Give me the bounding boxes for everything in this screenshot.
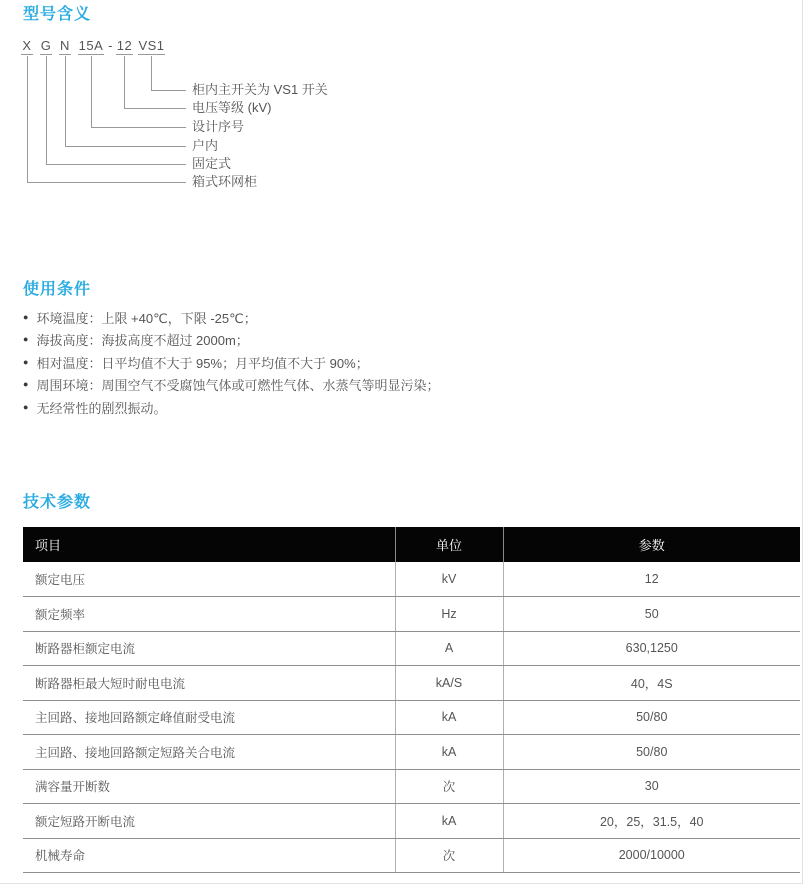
table-header: 项目 单位 参数 xyxy=(23,527,800,562)
table-cell-unit: kV xyxy=(395,562,503,597)
model-code-token: N xyxy=(59,39,71,55)
table-cell-unit: kA xyxy=(395,735,503,770)
model-code-token: X xyxy=(21,39,33,55)
table-cell-item: 主回路、接地回路额定峰值耐受电流 xyxy=(23,700,395,735)
table-cell-unit: A xyxy=(395,631,503,666)
bullet-icon: ● xyxy=(23,313,28,322)
table-cell-value: 40，4S xyxy=(503,666,800,701)
model-code-token: VS1 xyxy=(138,39,165,55)
table-cell-unit: 次 xyxy=(395,769,503,804)
table-header-unit: 单位 xyxy=(395,527,503,562)
table-cell-unit: kA xyxy=(395,804,503,839)
condition-item: ●无经常性的剧烈振动。 xyxy=(23,396,763,419)
table-cell-unit: kA/S xyxy=(395,666,503,701)
diagram-horizontal-line xyxy=(46,164,186,165)
table-row: 断路器柜最大短时耐电电流kA/S40，4S xyxy=(23,666,800,701)
table-header-row: 项目 单位 参数 xyxy=(23,527,800,562)
diagram-label: 固定式 xyxy=(192,155,231,173)
diagram-horizontal-line xyxy=(27,182,186,183)
table-cell-item: 断路器柜额定电流 xyxy=(23,631,395,666)
table-cell-item: 满容量开断数 xyxy=(23,769,395,804)
table-cell-value: 50 xyxy=(503,597,800,632)
diagram-label: 电压等级 (kV) xyxy=(192,99,271,117)
table-cell-item: 额定频率 xyxy=(23,597,395,632)
diagram-label: 户内 xyxy=(192,137,218,155)
table-row: 额定电压kV12 xyxy=(23,562,800,597)
section-title-technical-parameters: 技术参数 xyxy=(23,493,91,513)
condition-text: 相对温度：日平均值不大于 95%；月平均值不大于 90%； xyxy=(36,353,368,372)
table-cell-item: 额定短路开断电流 xyxy=(23,804,395,839)
condition-item: ●周围环境：周围空气不受腐蚀气体或可燃性气体、水蒸气等明显污染； xyxy=(23,374,763,397)
table-cell-value: 50/80 xyxy=(503,735,800,770)
table-cell-unit: 次 xyxy=(395,838,503,873)
diagram-vertical-line xyxy=(151,56,152,90)
diagram-label: 设计序号 xyxy=(192,118,244,136)
diagram-horizontal-line xyxy=(124,108,186,109)
condition-text: 环境温度：上限 +40℃，下限 -25℃； xyxy=(36,308,256,327)
bullet-icon: ● xyxy=(23,403,28,412)
condition-item: ●海拔高度：海拔高度不超过 2000m； xyxy=(23,329,763,352)
diagram-vertical-line xyxy=(65,56,66,146)
diagram-vertical-line xyxy=(124,56,125,108)
section-title-usage-conditions: 使用条件 xyxy=(23,280,91,300)
condition-text: 无经常性的剧烈振动。 xyxy=(36,398,166,417)
technical-parameters-table: 项目 单位 参数 额定电压kV12额定频率Hz50断路器柜额定电流A630,12… xyxy=(23,527,800,873)
table-row: 额定频率Hz50 xyxy=(23,597,800,632)
table-row: 额定短路开断电流kA20，25，31.5，40 xyxy=(23,804,800,839)
diagram-label: 箱式环网柜 xyxy=(192,173,257,191)
table-row: 断路器柜额定电流A630,1250 xyxy=(23,631,800,666)
table-header-value: 参数 xyxy=(503,527,800,562)
table-row: 主回路、接地回路额定峰值耐受电流kA50/80 xyxy=(23,700,800,735)
diagram-vertical-line xyxy=(27,56,28,182)
condition-text: 周围环境：周围空气不受腐蚀气体或可燃性气体、水蒸气等明显污染； xyxy=(36,375,439,394)
model-code-token: G xyxy=(40,39,52,55)
diagram-horizontal-line xyxy=(151,90,186,91)
model-code-diagram: XGN15A-12VS1柜内主开关为 VS1 开关电压等级 (kV)设计序号户内… xyxy=(0,0,802,220)
condition-text: 海拔高度：海拔高度不超过 2000m； xyxy=(36,330,248,349)
table-header-item: 项目 xyxy=(23,527,395,562)
table-cell-value: 50/80 xyxy=(503,700,800,735)
table-cell-item: 主回路、接地回路额定短路关合电流 xyxy=(23,735,395,770)
table-cell-unit: Hz xyxy=(395,597,503,632)
table-row: 主回路、接地回路额定短路关合电流kA50/80 xyxy=(23,735,800,770)
model-code-token: 12 xyxy=(116,39,133,55)
diagram-horizontal-line xyxy=(65,146,186,147)
table-cell-value: 2000/10000 xyxy=(503,838,800,873)
table-cell-item: 额定电压 xyxy=(23,562,395,597)
table-row: 满容量开断数次30 xyxy=(23,769,800,804)
model-code-token: 15A xyxy=(78,39,104,55)
condition-item: ●环境温度：上限 +40℃，下限 -25℃； xyxy=(23,306,763,329)
bullet-icon: ● xyxy=(23,358,28,367)
bullet-icon: ● xyxy=(23,335,28,344)
table-cell-unit: kA xyxy=(395,700,503,735)
condition-item: ●相对温度：日平均值不大于 95%；月平均值不大于 90%； xyxy=(23,351,763,374)
table-cell-item: 机械寿命 xyxy=(23,838,395,873)
usage-conditions-list: ●环境温度：上限 +40℃，下限 -25℃；●海拔高度：海拔高度不超过 2000… xyxy=(23,306,763,419)
diagram-label: 柜内主开关为 VS1 开关 xyxy=(192,81,328,99)
diagram-vertical-line xyxy=(46,56,47,164)
diagram-vertical-line xyxy=(91,56,92,127)
product-spec-page: 型号含义 XGN15A-12VS1柜内主开关为 VS1 开关电压等级 (kV)设… xyxy=(0,0,803,884)
table-cell-item: 断路器柜最大短时耐电电流 xyxy=(23,666,395,701)
table-row: 机械寿命次2000/10000 xyxy=(23,838,800,873)
bullet-icon: ● xyxy=(23,380,28,389)
table-cell-value: 30 xyxy=(503,769,800,804)
table-cell-value: 630,1250 xyxy=(503,631,800,666)
table-cell-value: 20，25，31.5，40 xyxy=(503,804,800,839)
diagram-horizontal-line xyxy=(91,127,186,128)
table-cell-value: 12 xyxy=(503,562,800,597)
